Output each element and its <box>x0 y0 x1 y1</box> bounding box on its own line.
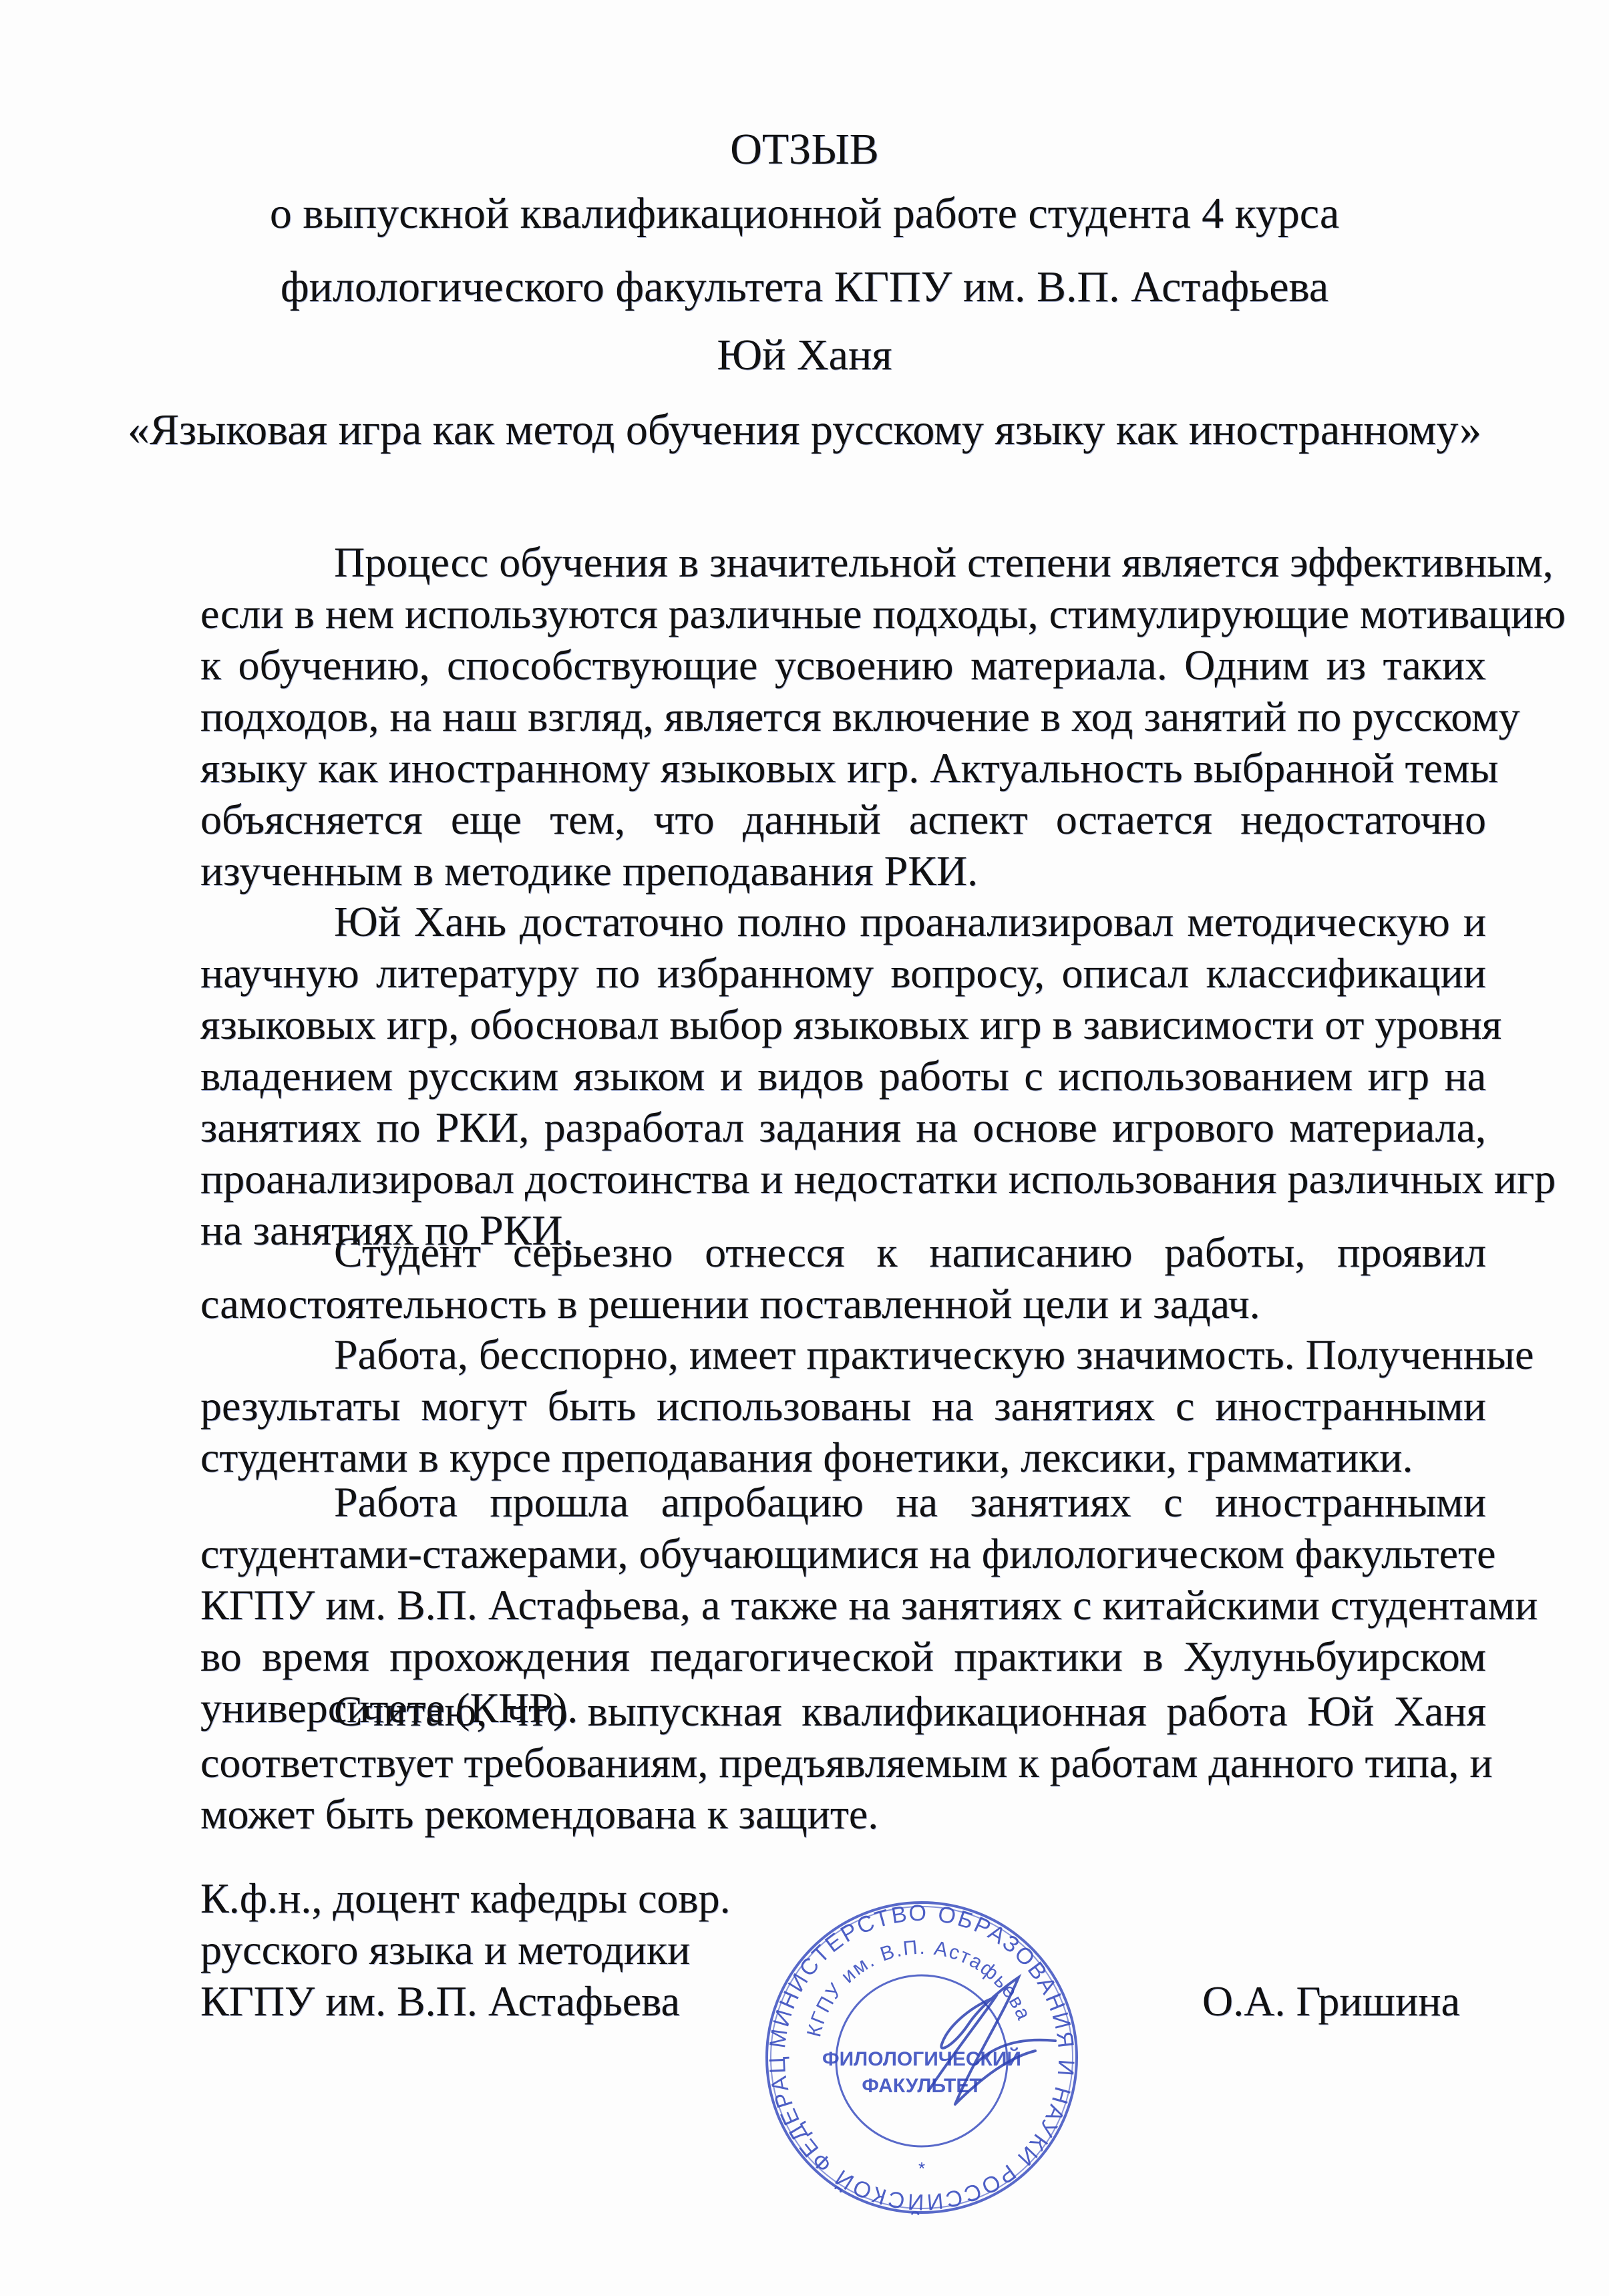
text-line: проанализировал достоинства и недостатки… <box>200 1158 1486 1200</box>
document-page: ОТЗЫВ о выпускной квалификационной работ… <box>0 0 1609 2296</box>
thesis-title: «Языковая игра как метод обучения русско… <box>0 409 1609 452</box>
signer-position-line-1: К.ф.н., доцент кафедры совр. <box>200 1877 731 1920</box>
signer-position-line-3: КГПУ им. В.П. Астафьева <box>200 1980 680 2023</box>
official-stamp: МИНИСТЕРСТВО ОБРАЗОВАНИЯ И НАУКИ РОССИЙС… <box>755 1891 1089 2225</box>
text-line: научную литературу по избранному вопросу… <box>200 952 1486 995</box>
text-line: языку как иностранному языковых игр. Акт… <box>200 747 1486 790</box>
text-line: объясняется еще тем, что данный аспект о… <box>200 798 1486 841</box>
text-line: Считаю, что выпускная квалификационная р… <box>334 1690 1486 1733</box>
text-line: занятиях по РКИ, разработал задания на о… <box>200 1106 1486 1149</box>
subtitle-line-1: о выпускной квалификационной работе студ… <box>0 192 1609 235</box>
text-line: самостоятельность в решении поставленной… <box>200 1283 1486 1325</box>
text-line: Работа прошла апробацию на занятиях с ин… <box>334 1481 1486 1524</box>
text-line: если в нем используются различные подход… <box>200 593 1486 635</box>
text-line: студентами в курсе преподавания фонетики… <box>200 1436 1486 1479</box>
text-line: подходов, на наш взгляд, является включе… <box>200 695 1486 738</box>
text-line: языковых игр, обосновал выбор языковых и… <box>200 1003 1486 1046</box>
student-name: Юй Ханя <box>0 334 1609 377</box>
text-line: результаты могут быть использованы на за… <box>200 1385 1486 1428</box>
text-line: Юй Хань достаточно полно проанализировал… <box>334 900 1486 943</box>
text-line: Процесс обучения в значительной степени … <box>334 541 1486 584</box>
text-line: изученным в методике преподавания РКИ. <box>200 850 1486 892</box>
signer-name: О.А. Гришина <box>1202 1980 1460 2023</box>
text-line: Работа, бесспорно, имеет практическую зн… <box>334 1333 1486 1376</box>
text-line: во время прохождения педагогической прак… <box>200 1635 1486 1678</box>
text-line: к обучению, способствующие усвоению мате… <box>200 644 1486 687</box>
text-line: студентами-стажерами, обучающимися на фи… <box>200 1532 1486 1575</box>
signer-position-line-2: русского языка и методики <box>200 1929 690 1971</box>
document-title: ОТЗЫВ <box>0 128 1609 171</box>
text-line: владением русским языком и видов работы … <box>200 1055 1486 1098</box>
text-line: Студент серьезно отнесся к написанию раб… <box>334 1231 1486 1274</box>
subtitle-line-2: филологического факультета КГПУ им. В.П.… <box>0 266 1609 309</box>
text-line: может быть рекомендована к защите. <box>200 1793 1486 1836</box>
svg-text:*: * <box>918 2158 925 2178</box>
text-line: КГПУ им. В.П. Астафьева, а также на заня… <box>200 1584 1486 1627</box>
stamp-seal-icon: МИНИСТЕРСТВО ОБРАЗОВАНИЯ И НАУКИ РОССИЙС… <box>755 1891 1089 2225</box>
text-line: соответствует требованиям, предъявляемым… <box>200 1742 1486 1784</box>
